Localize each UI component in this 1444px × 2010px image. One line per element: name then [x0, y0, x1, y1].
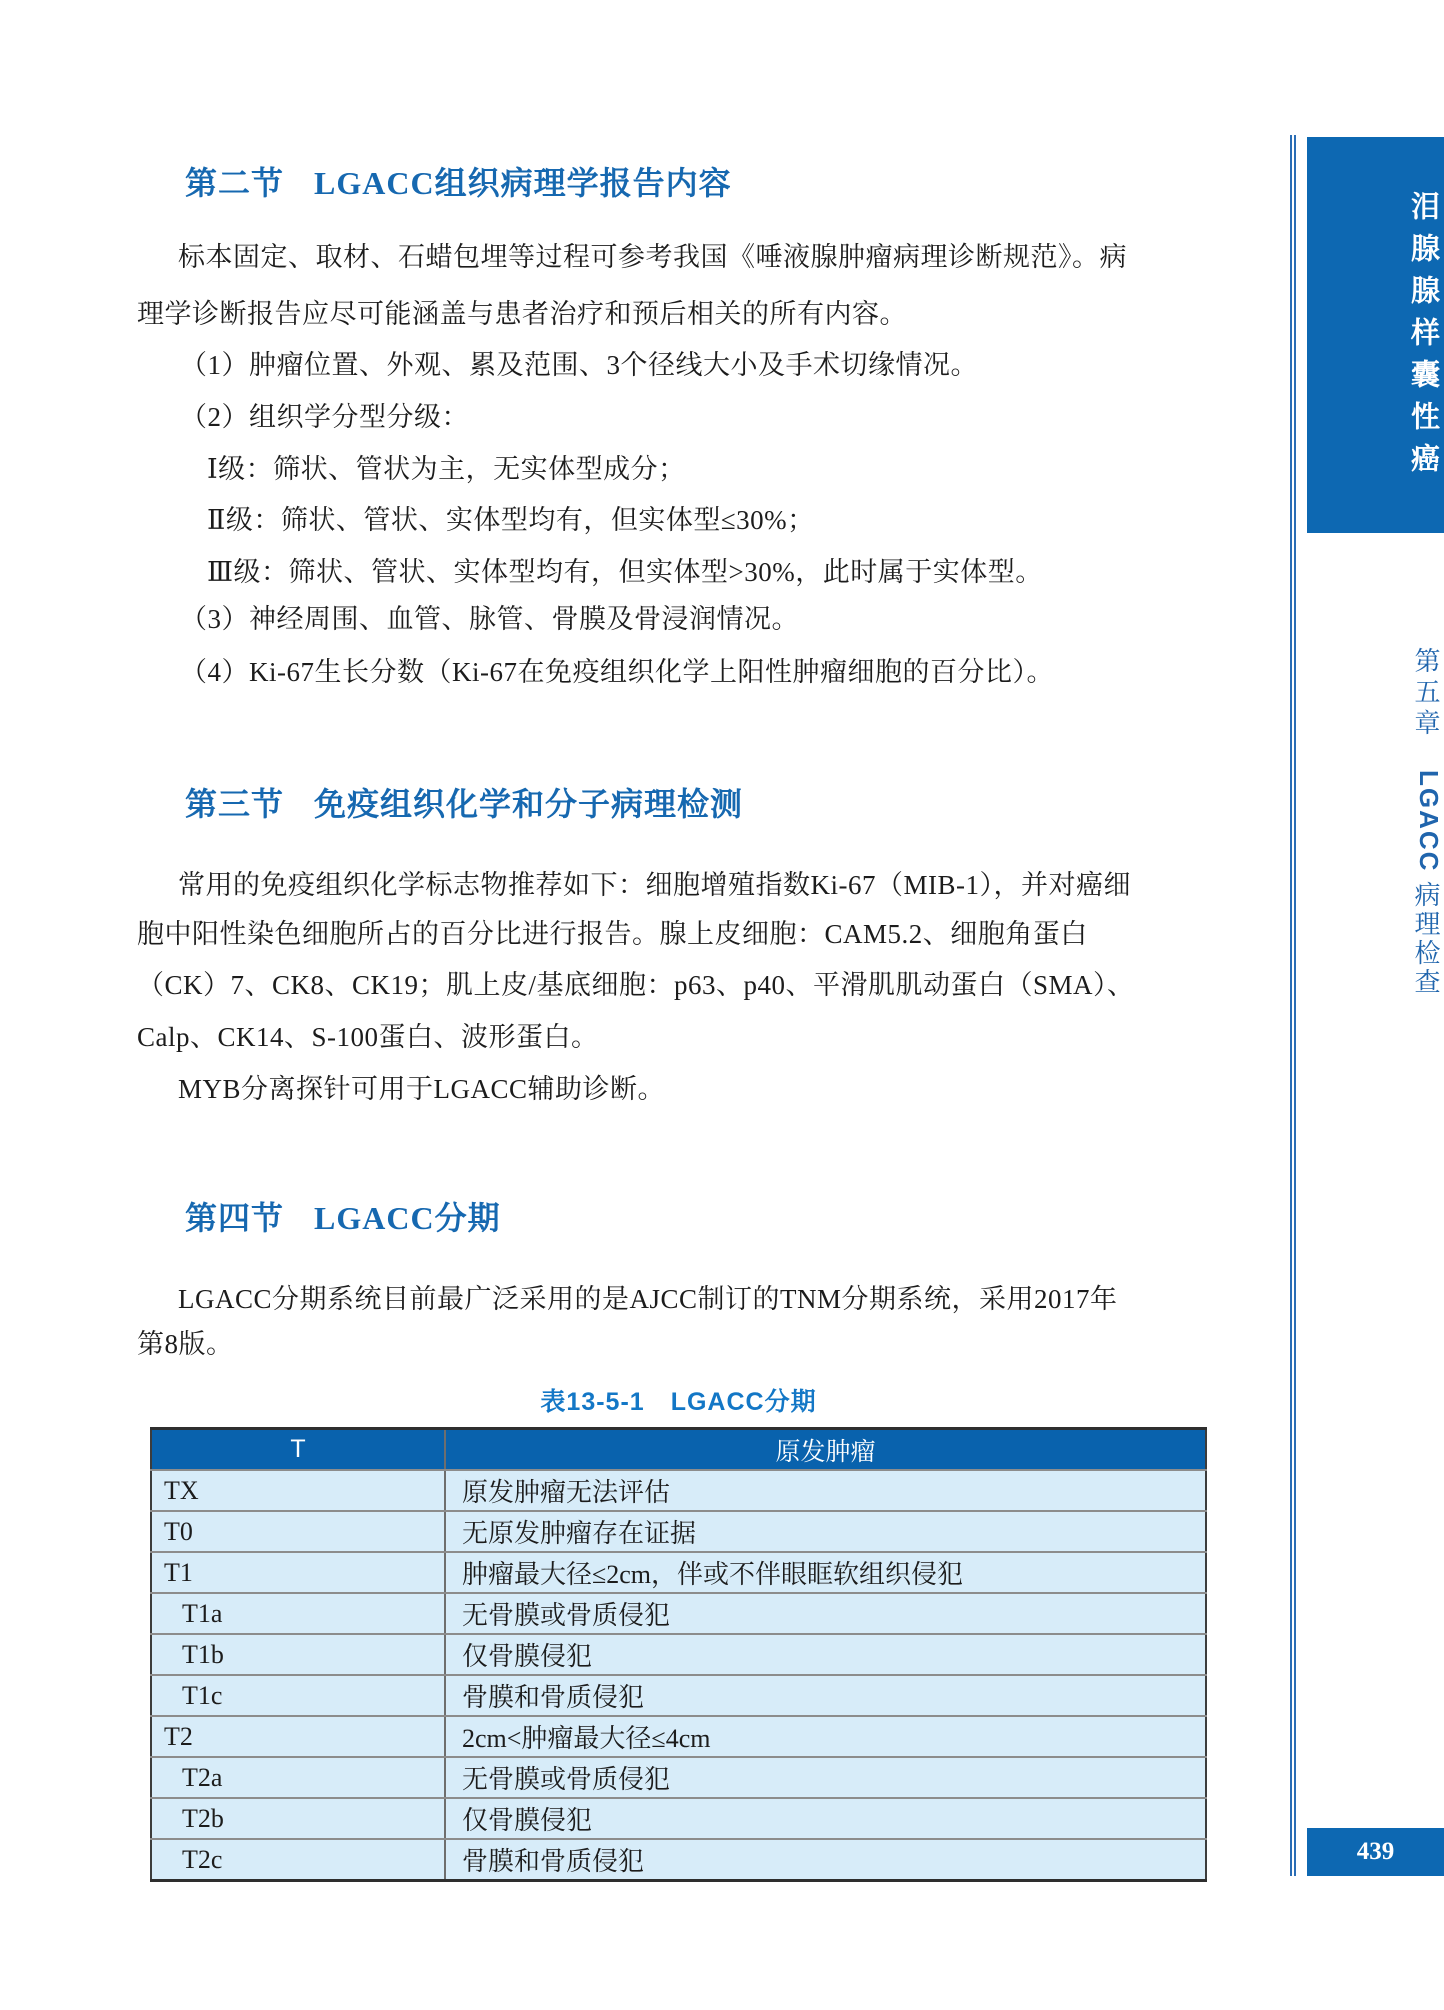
row-label: T2a	[151, 1757, 445, 1798]
row-desc: 无骨膜或骨质侵犯	[445, 1593, 1206, 1634]
sidebar-title: 泪腺腺样囊性癌	[1307, 191, 1444, 531]
table-row: T2c 骨膜和骨质侵犯	[151, 1839, 1206, 1881]
row-desc: 仅骨膜侵犯	[445, 1798, 1206, 1839]
row-desc: 仅骨膜侵犯	[445, 1634, 1206, 1675]
body-line: （2）组织学分型分级：	[180, 395, 469, 434]
table-row: T2 2cm<肿瘤最大径≤4cm	[151, 1716, 1206, 1757]
body-line: （1）肿瘤位置、外观、累及范围、3个径线大小及手术切缘情况。	[180, 343, 978, 382]
body-line: LGACC分期系统目前最广泛采用的是AJCC制订的TNM分期系统，采用2017年	[178, 1277, 1118, 1316]
body-line: （CK）7、CK8、CK19；肌上皮/基底细胞：p63、p40、平滑肌肌动蛋白（…	[137, 963, 1135, 1002]
row-label: T2	[151, 1716, 445, 1757]
section3-label: 第三节	[185, 786, 284, 822]
chapter-marker: 第五章LGACC病理检查	[1307, 592, 1444, 1052]
body-line: Ⅰ级：筛状、管状为主，无实体型成分；	[207, 447, 686, 486]
row-desc: 骨膜和骨质侵犯	[445, 1839, 1206, 1881]
section3-heading: 第三节免疫组织化学和分子病理检测	[185, 779, 743, 825]
body-line: 第8版。	[137, 1322, 234, 1361]
row-label: T1b	[151, 1634, 445, 1675]
table-row: T2a 无骨膜或骨质侵犯	[151, 1757, 1206, 1798]
body-line: （3）神经周围、血管、脉管、骨膜及骨浸润情况。	[180, 597, 799, 636]
body-line: 理学诊断报告应尽可能涵盖与患者治疗和预后相关的所有内容。	[137, 292, 907, 331]
table-row: T1c 骨膜和骨质侵犯	[151, 1675, 1206, 1716]
row-desc: 无骨膜或骨质侵犯	[445, 1757, 1206, 1798]
section2-label: 第二节	[185, 165, 284, 201]
table-header-primary-tumor: 原发肿瘤	[445, 1429, 1206, 1471]
row-label: TX	[151, 1470, 445, 1511]
section2-heading: 第二节LGACC组织病理学报告内容	[185, 158, 732, 204]
page-number: 439	[1357, 1838, 1395, 1866]
chapter-latin: LGACC	[1307, 770, 1444, 872]
body-line: MYB分离探针可用于LGACC辅助诊断。	[178, 1067, 665, 1106]
row-desc: 无原发肿瘤存在证据	[445, 1511, 1206, 1552]
row-desc: 骨膜和骨质侵犯	[445, 1675, 1206, 1716]
page-number-badge: 439	[1307, 1828, 1444, 1876]
chapter-label: 第五章	[1307, 647, 1444, 740]
row-desc: 肿瘤最大径≤2cm，伴或不伴眼眶软组织侵犯	[445, 1552, 1206, 1593]
section4-title: LGACC分期	[314, 1200, 501, 1236]
row-label: T1c	[151, 1675, 445, 1716]
table-caption: 表13-5-1 LGACC分期	[150, 1382, 1207, 1418]
row-desc: 原发肿瘤无法评估	[445, 1470, 1206, 1511]
table-row: T1a 无骨膜或骨质侵犯	[151, 1593, 1206, 1634]
table-row: T1 肿瘤最大径≤2cm，伴或不伴眼眶软组织侵犯	[151, 1552, 1206, 1593]
table-row: T2b 仅骨膜侵犯	[151, 1798, 1206, 1839]
table-row: T1b 仅骨膜侵犯	[151, 1634, 1206, 1675]
section2-title: LGACC组织病理学报告内容	[314, 165, 732, 201]
table-header-t: T	[151, 1429, 445, 1471]
table-header-row: T 原发肿瘤	[151, 1429, 1206, 1471]
body-line: Ⅲ级：筛状、管状、实体型均有，但实体型>30%，此时属于实体型。	[207, 550, 1043, 589]
row-label: T2b	[151, 1798, 445, 1839]
body-line: Calp、CK14、S-100蛋白、波形蛋白。	[137, 1015, 599, 1054]
section4-heading: 第四节LGACC分期	[185, 1193, 501, 1239]
body-line: 常用的免疫组织化学标志物推荐如下：细胞增殖指数Ki-67（MIB-1），并对癌细	[178, 863, 1131, 902]
table-row: T0 无原发肿瘤存在证据	[151, 1511, 1206, 1552]
row-label: T0	[151, 1511, 445, 1552]
table-row: TX 原发肿瘤无法评估	[151, 1470, 1206, 1511]
staging-table: T 原发肿瘤 TX 原发肿瘤无法评估 T0 无原发肿瘤存在证据 T1 肿瘤最大径…	[150, 1427, 1207, 1882]
body-line: （4）Ki-67生长分数（Ki-67在免疫组织化学上阳性肿瘤细胞的百分比）。	[180, 650, 1054, 689]
row-label: T1a	[151, 1593, 445, 1634]
body-line: 胞中阳性染色细胞所占的百分比进行报告。腺上皮细胞：CAM5.2、细胞角蛋白	[137, 912, 1088, 951]
section3-title: 免疫组织化学和分子病理检测	[314, 786, 743, 822]
section4-label: 第四节	[185, 1200, 284, 1236]
book-page: 第二节LGACC组织病理学报告内容 标本固定、取材、石蜡包埋等过程可参考我国《唾…	[0, 0, 1444, 2010]
sidebar-rule	[1290, 135, 1296, 1876]
body-line: 标本固定、取材、石蜡包埋等过程可参考我国《唾液腺肿瘤病理诊断规范》。病	[178, 235, 1127, 274]
sidebar-title-box: 泪腺腺样囊性癌	[1307, 137, 1444, 533]
row-label: T2c	[151, 1839, 445, 1881]
row-label: T1	[151, 1552, 445, 1593]
body-line: Ⅱ级：筛状、管状、实体型均有，但实体型≤30%；	[207, 498, 815, 537]
chapter-title: 病理检查	[1307, 881, 1444, 997]
row-desc: 2cm<肿瘤最大径≤4cm	[445, 1716, 1206, 1757]
